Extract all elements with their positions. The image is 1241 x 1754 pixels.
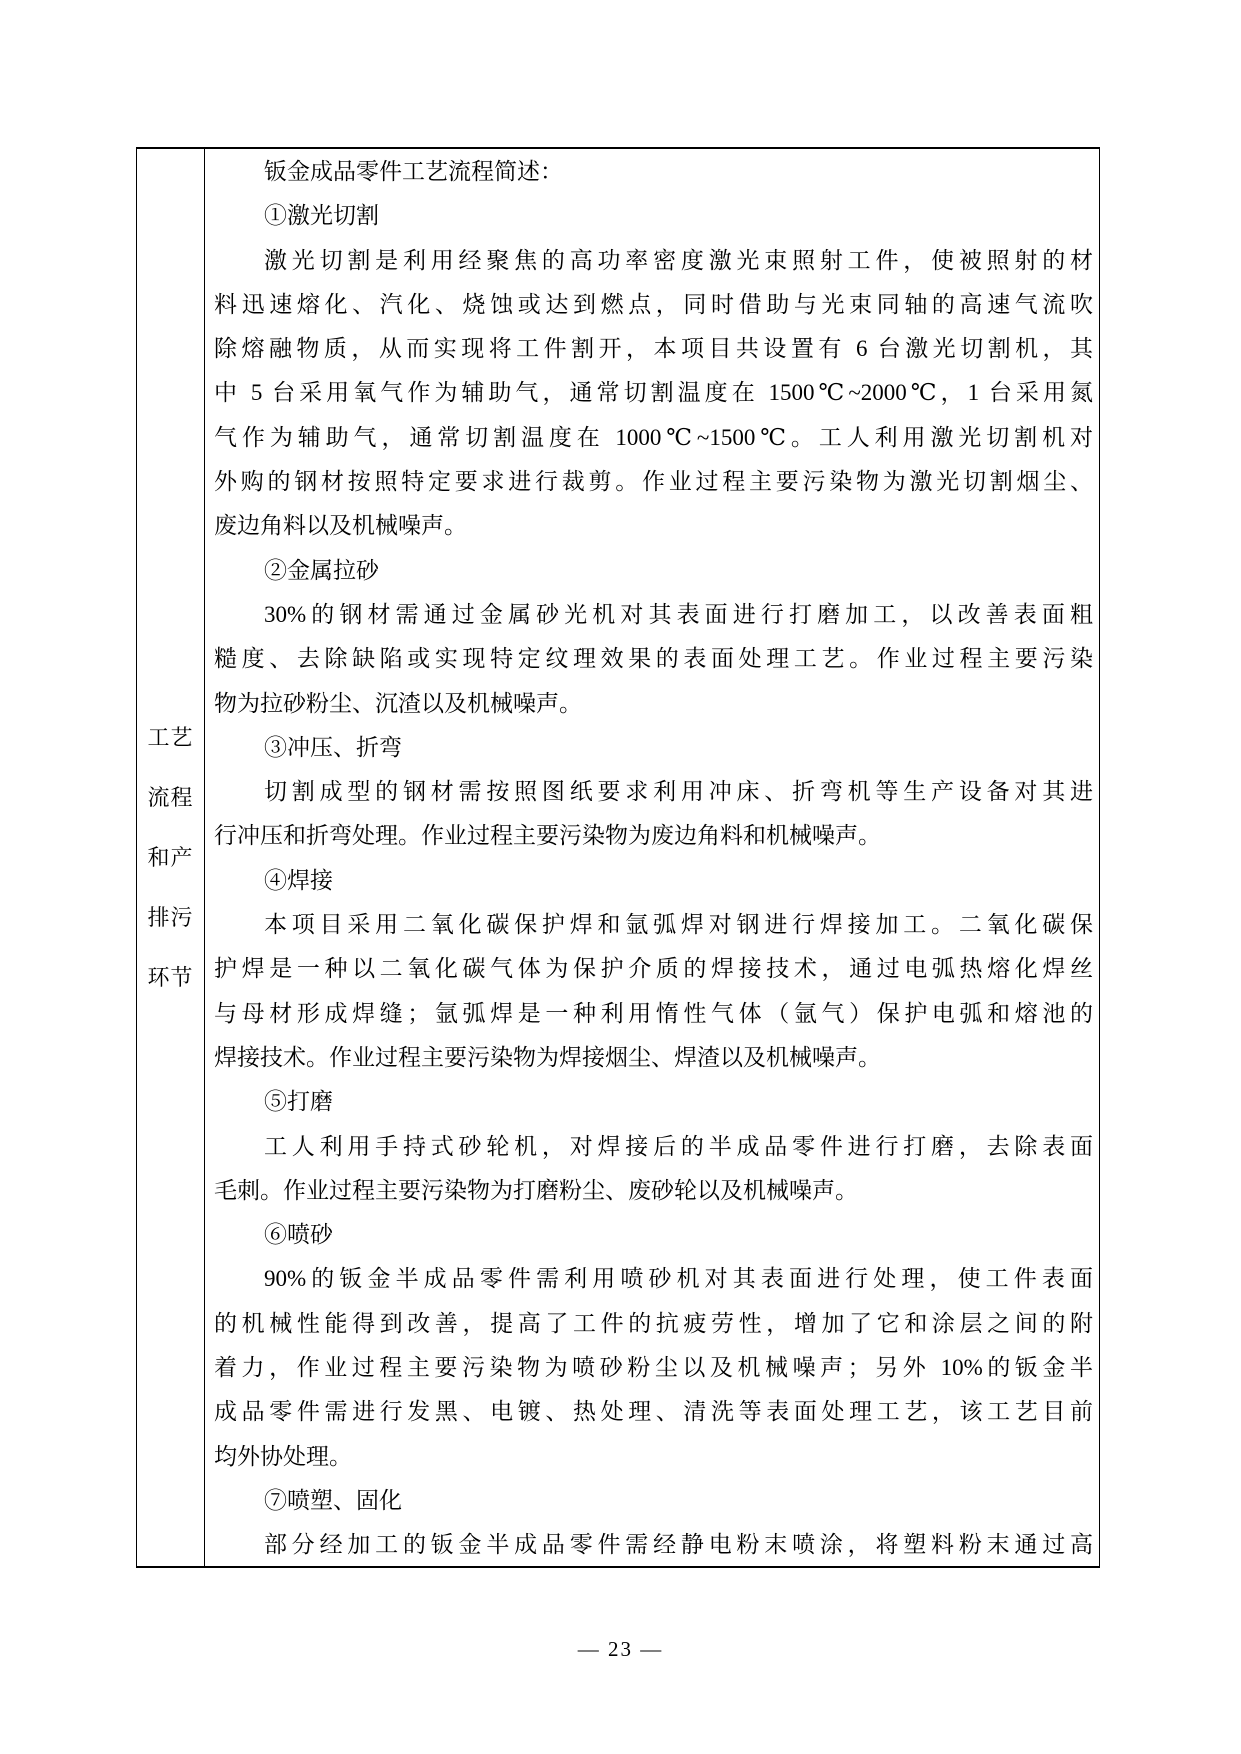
text-line: 废边角料以及机械噪声。 (214, 504, 1093, 548)
text-line: 均外协处理。 (214, 1435, 1093, 1479)
text-line: 成品零件需进行发黑、电镀、热处理、清洗等表面处理工艺，该工艺目前 (214, 1390, 1093, 1434)
text-line: 的机械性能得到改善，提高了工件的抗疲劳性，增加了它和涂层之间的附 (214, 1302, 1093, 1346)
process-description-cell: 钣金成品零件工艺流程简述：①激光切割激光切割是利用经聚焦的高功率密度激光束照射工… (205, 149, 1099, 1566)
text-line: ⑥喷砂 (214, 1213, 1093, 1257)
text-line: 激光切割是利用经聚焦的高功率密度激光束照射工件，使被照射的材 (214, 239, 1093, 283)
text-line: 焊接技术。作业过程主要污染物为焊接烟尘、焊渣以及机械噪声。 (214, 1036, 1093, 1080)
row-header-label: 工艺 流程 和产 排污 环节 (147, 693, 193, 1023)
text-line: 料迅速熔化、汽化、烧蚀或达到燃点，同时借助与光束同轴的高速气流吹 (214, 283, 1093, 327)
text-line: 糙度、去除缺陷或实现特定纹理效果的表面处理工艺。作业过程主要污染 (214, 637, 1093, 681)
text-line: 物为拉砂粉尘、沉渣以及机械噪声。 (214, 682, 1093, 726)
text-line: ③冲压、折弯 (214, 726, 1093, 770)
text-line: 行冲压和折弯处理。作业过程主要污染物为废边角料和机械噪声。 (214, 814, 1093, 858)
row-header-label-line: 环节 (147, 963, 193, 993)
text-line: 与母材形成焊缝；氩弧焊是一种利用惰性气体（氩气）保护电弧和熔池的 (214, 992, 1093, 1036)
text-line: ⑦喷塑、固化 (214, 1479, 1093, 1523)
text-line: 毛刺。作业过程主要污染物为打磨粉尘、废砂轮以及机械噪声。 (214, 1169, 1093, 1213)
process-table: 工艺 流程 和产 排污 环节 钣金成品零件工艺流程简述：①激光切割激光切割是利用… (136, 147, 1100, 1568)
text-line: 90%的钣金半成品零件需利用喷砂机对其表面进行处理，使工件表面 (214, 1257, 1093, 1301)
text-line: 本项目采用二氧化碳保护焊和氩弧焊对钢进行焊接加工。二氧化碳保 (214, 903, 1093, 947)
text-line: ⑤打磨 (214, 1080, 1093, 1124)
text-line: 气作为辅助气，通常切割温度在 1000℃~1500℃。工人利用激光切割机对 (214, 416, 1093, 460)
text-line: 30%的钢材需通过金属砂光机对其表面进行打磨加工，以改善表面粗 (214, 593, 1093, 637)
text-line: 工人利用手持式砂轮机，对焊接后的半成品零件进行打磨，去除表面 (214, 1125, 1093, 1169)
text-line: ①激光切割 (214, 194, 1093, 238)
text-line: 钣金成品零件工艺流程简述： (214, 150, 1093, 194)
document-page: { "document": { "footer_page_number": "—… (0, 0, 1241, 1754)
text-line: ④焊接 (214, 859, 1093, 903)
text-line: 着力，作业过程主要污染物为喷砂粉尘以及机械噪声；另外 10%的钣金半 (214, 1346, 1093, 1390)
text-line: 外购的钢材按照特定要求进行裁剪。作业过程主要污染物为激光切割烟尘、 (214, 460, 1093, 504)
text-line: 部分经加工的钣金半成品零件需经静电粉末喷涂，将塑料粉末通过高 (214, 1523, 1093, 1566)
row-header-cell: 工艺 流程 和产 排污 环节 (137, 149, 205, 1566)
text-line: 除熔融物质，从而实现将工件割开，本项目共设置有 6 台激光切割机，其 (214, 327, 1093, 371)
row-header-label-line: 排污 (147, 903, 193, 933)
text-line: 切割成型的钢材需按照图纸要求利用冲床、折弯机等生产设备对其进 (214, 770, 1093, 814)
row-header-label-line: 流程 (147, 783, 193, 813)
text-line: ②金属拉砂 (214, 549, 1093, 593)
row-header-label-line: 工艺 (147, 723, 193, 753)
text-line: 中 5 台采用氧气作为辅助气，通常切割温度在 1500℃~2000℃，1 台采用… (214, 371, 1093, 415)
row-header-label-line: 和产 (147, 843, 193, 873)
page-number: — 23 — (0, 1637, 1241, 1662)
text-line: 护焊是一种以二氧化碳气体为保护介质的焊接技术，通过电弧热熔化焊丝 (214, 947, 1093, 991)
